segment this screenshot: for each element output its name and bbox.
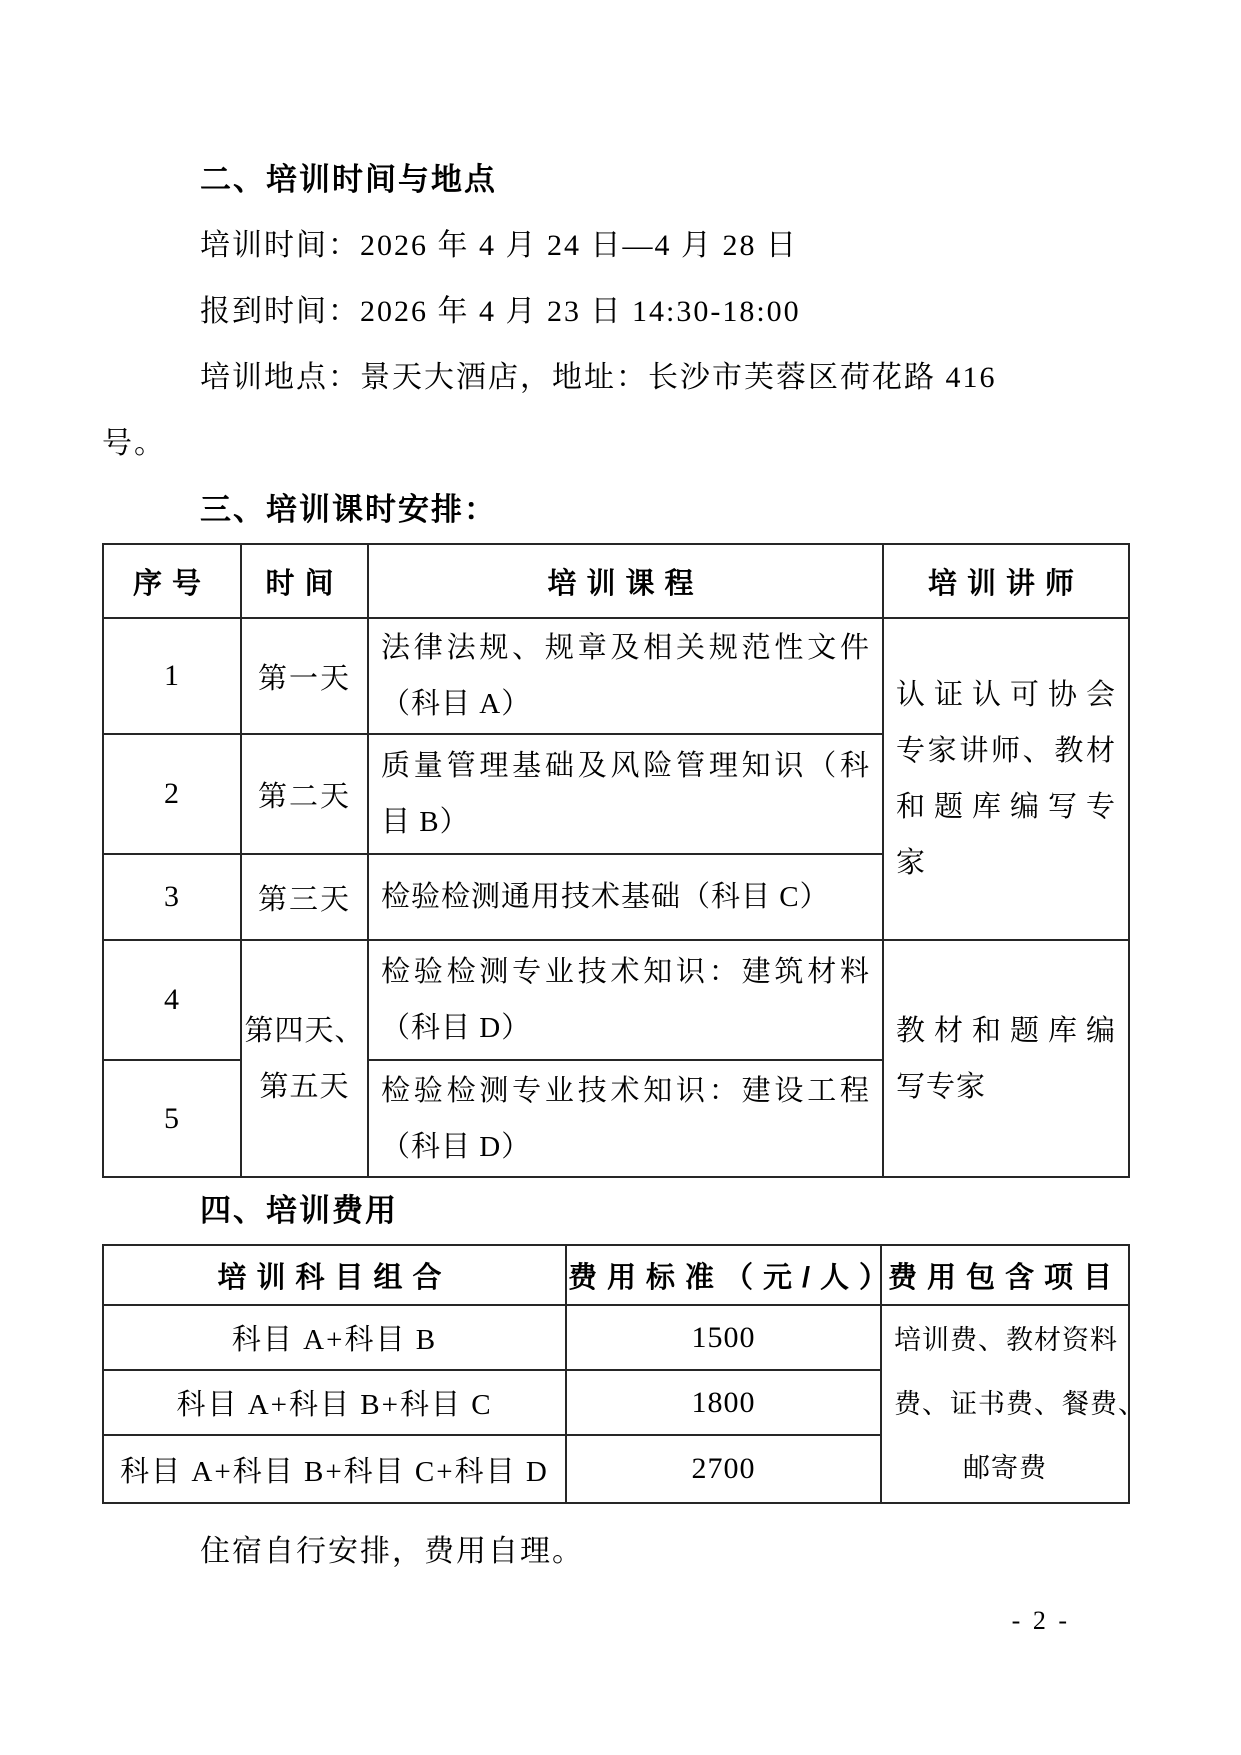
- row3-time: 第三天: [241, 854, 368, 940]
- accommodation-note: 住宿自行安排，费用自理。: [102, 1519, 1128, 1585]
- row3-course: 检验检测通用技术基础（科目 C）: [368, 854, 883, 940]
- schedule-header-course: 培训课程: [368, 544, 883, 618]
- row2-no: 2: [103, 734, 241, 854]
- fee-row2-combo: 科目 A+科目 B+科目 C: [103, 1370, 566, 1435]
- row3-course-line1: 检验检测通用技术基础（科目 C）: [381, 869, 870, 925]
- lecturer1-line4: 家: [896, 835, 1116, 891]
- fee-includes-line1: 培训费、教材资料: [894, 1308, 1116, 1372]
- page-number: - 2 -: [102, 1606, 1128, 1636]
- fee-header-standard: 费用标准（元/人）: [566, 1245, 881, 1305]
- lecturer2-line2: 写专家: [896, 1059, 1116, 1115]
- fee-includes-line3: 邮寄费: [894, 1436, 1116, 1500]
- training-location-line: 培训地点：景天大酒店，地址：长沙市芙蓉区荷花路 416: [102, 345, 1128, 411]
- fee-header-includes: 费用包含项目: [881, 1245, 1129, 1305]
- fee-row3-combo: 科目 A+科目 B+科目 C+科目 D: [103, 1435, 566, 1503]
- fee-row3-fee: 2700: [566, 1435, 881, 1503]
- fee-header-row: 培训科目组合 费用标准（元/人） 费用包含项目: [103, 1245, 1129, 1305]
- time-merged-line2: 第五天: [243, 1059, 366, 1115]
- lecturer2-line1: 教材和题库编: [896, 1003, 1116, 1059]
- lecturer1-line1: 认证认可协会: [896, 667, 1116, 723]
- row1-time: 第一天: [241, 618, 368, 734]
- schedule-table: 序号 时间 培训课程 培训讲师 1 第一天 法律法规、规章及相关规范性文件 （科…: [102, 543, 1130, 1178]
- registration-time-line: 报到时间：2026 年 4 月 23 日 14:30-18:00: [102, 279, 1128, 345]
- row5-course-line2: （科目 D）: [381, 1119, 870, 1175]
- row1-course-line2: （科目 A）: [381, 676, 870, 732]
- row3-no: 3: [103, 854, 241, 940]
- schedule-row-4: 4 第四天、 第五天 检验检测专业技术知识：建筑材料 （科目 D） 教材和题库编…: [103, 940, 1129, 1060]
- training-location-wrap-line: 号。: [102, 411, 1128, 477]
- lecturer1-line3: 和题库编写专: [896, 779, 1116, 835]
- schedule-header-no: 序号: [103, 544, 241, 618]
- document-page: 二、培训时间与地点 培训时间：2026 年 4 月 24 日—4 月 28 日 …: [0, 0, 1241, 1636]
- schedule-row-1: 1 第一天 法律法规、规章及相关规范性文件 （科目 A） 认证认可协会 专家讲师…: [103, 618, 1129, 734]
- schedule-header-row: 序号 时间 培训课程 培训讲师: [103, 544, 1129, 618]
- fee-includes-cell: 培训费、教材资料 费、证书费、餐费、 邮寄费: [881, 1305, 1129, 1503]
- row1-no: 1: [103, 618, 241, 734]
- row4-no: 4: [103, 940, 241, 1060]
- row4-course-line1: 检验检测专业技术知识：建筑材料: [381, 944, 870, 1000]
- fee-row2-fee: 1800: [566, 1370, 881, 1435]
- row2-course-line2: 目 B）: [381, 794, 870, 850]
- time-merged-line1: 第四天、: [243, 1003, 366, 1059]
- fee-row1-combo: 科目 A+科目 B: [103, 1305, 566, 1370]
- row5-course-line1: 检验检测专业技术知识：建设工程: [381, 1063, 870, 1119]
- lecturer-cell-2: 教材和题库编 写专家: [883, 940, 1129, 1177]
- fee-includes-line2: 费、证书费、餐费、: [894, 1372, 1116, 1436]
- row2-time: 第二天: [241, 734, 368, 854]
- row1-course: 法律法规、规章及相关规范性文件 （科目 A）: [368, 618, 883, 734]
- schedule-header-lecturer: 培训讲师: [883, 544, 1129, 618]
- fee-row1-fee: 1500: [566, 1305, 881, 1370]
- lecturer-cell-1: 认证认可协会 专家讲师、教材 和题库编写专 家: [883, 618, 1129, 940]
- row4-course-line2: （科目 D）: [381, 1000, 870, 1056]
- row4-5-time-merged: 第四天、 第五天: [241, 940, 368, 1177]
- section-4-heading: 四、培训费用: [102, 1178, 1128, 1244]
- section-2-heading: 二、培训时间与地点: [102, 147, 1128, 213]
- training-time-line: 培训时间：2026 年 4 月 24 日—4 月 28 日: [102, 213, 1128, 279]
- fee-row-1: 科目 A+科目 B 1500 培训费、教材资料 费、证书费、餐费、 邮寄费: [103, 1305, 1129, 1370]
- section-3-heading: 三、培训课时安排：: [102, 477, 1128, 543]
- row2-course: 质量管理基础及风险管理知识（科 目 B）: [368, 734, 883, 854]
- fee-header-combo: 培训科目组合: [103, 1245, 566, 1305]
- row2-course-line1: 质量管理基础及风险管理知识（科: [381, 738, 870, 794]
- fee-table: 培训科目组合 费用标准（元/人） 费用包含项目 科目 A+科目 B 1500 培…: [102, 1244, 1130, 1504]
- row1-course-line1: 法律法规、规章及相关规范性文件: [381, 620, 870, 676]
- row5-course: 检验检测专业技术知识：建设工程 （科目 D）: [368, 1060, 883, 1177]
- row4-course: 检验检测专业技术知识：建筑材料 （科目 D）: [368, 940, 883, 1060]
- schedule-header-time: 时间: [241, 544, 368, 618]
- row5-no: 5: [103, 1060, 241, 1177]
- lecturer1-line2: 专家讲师、教材: [896, 723, 1116, 779]
